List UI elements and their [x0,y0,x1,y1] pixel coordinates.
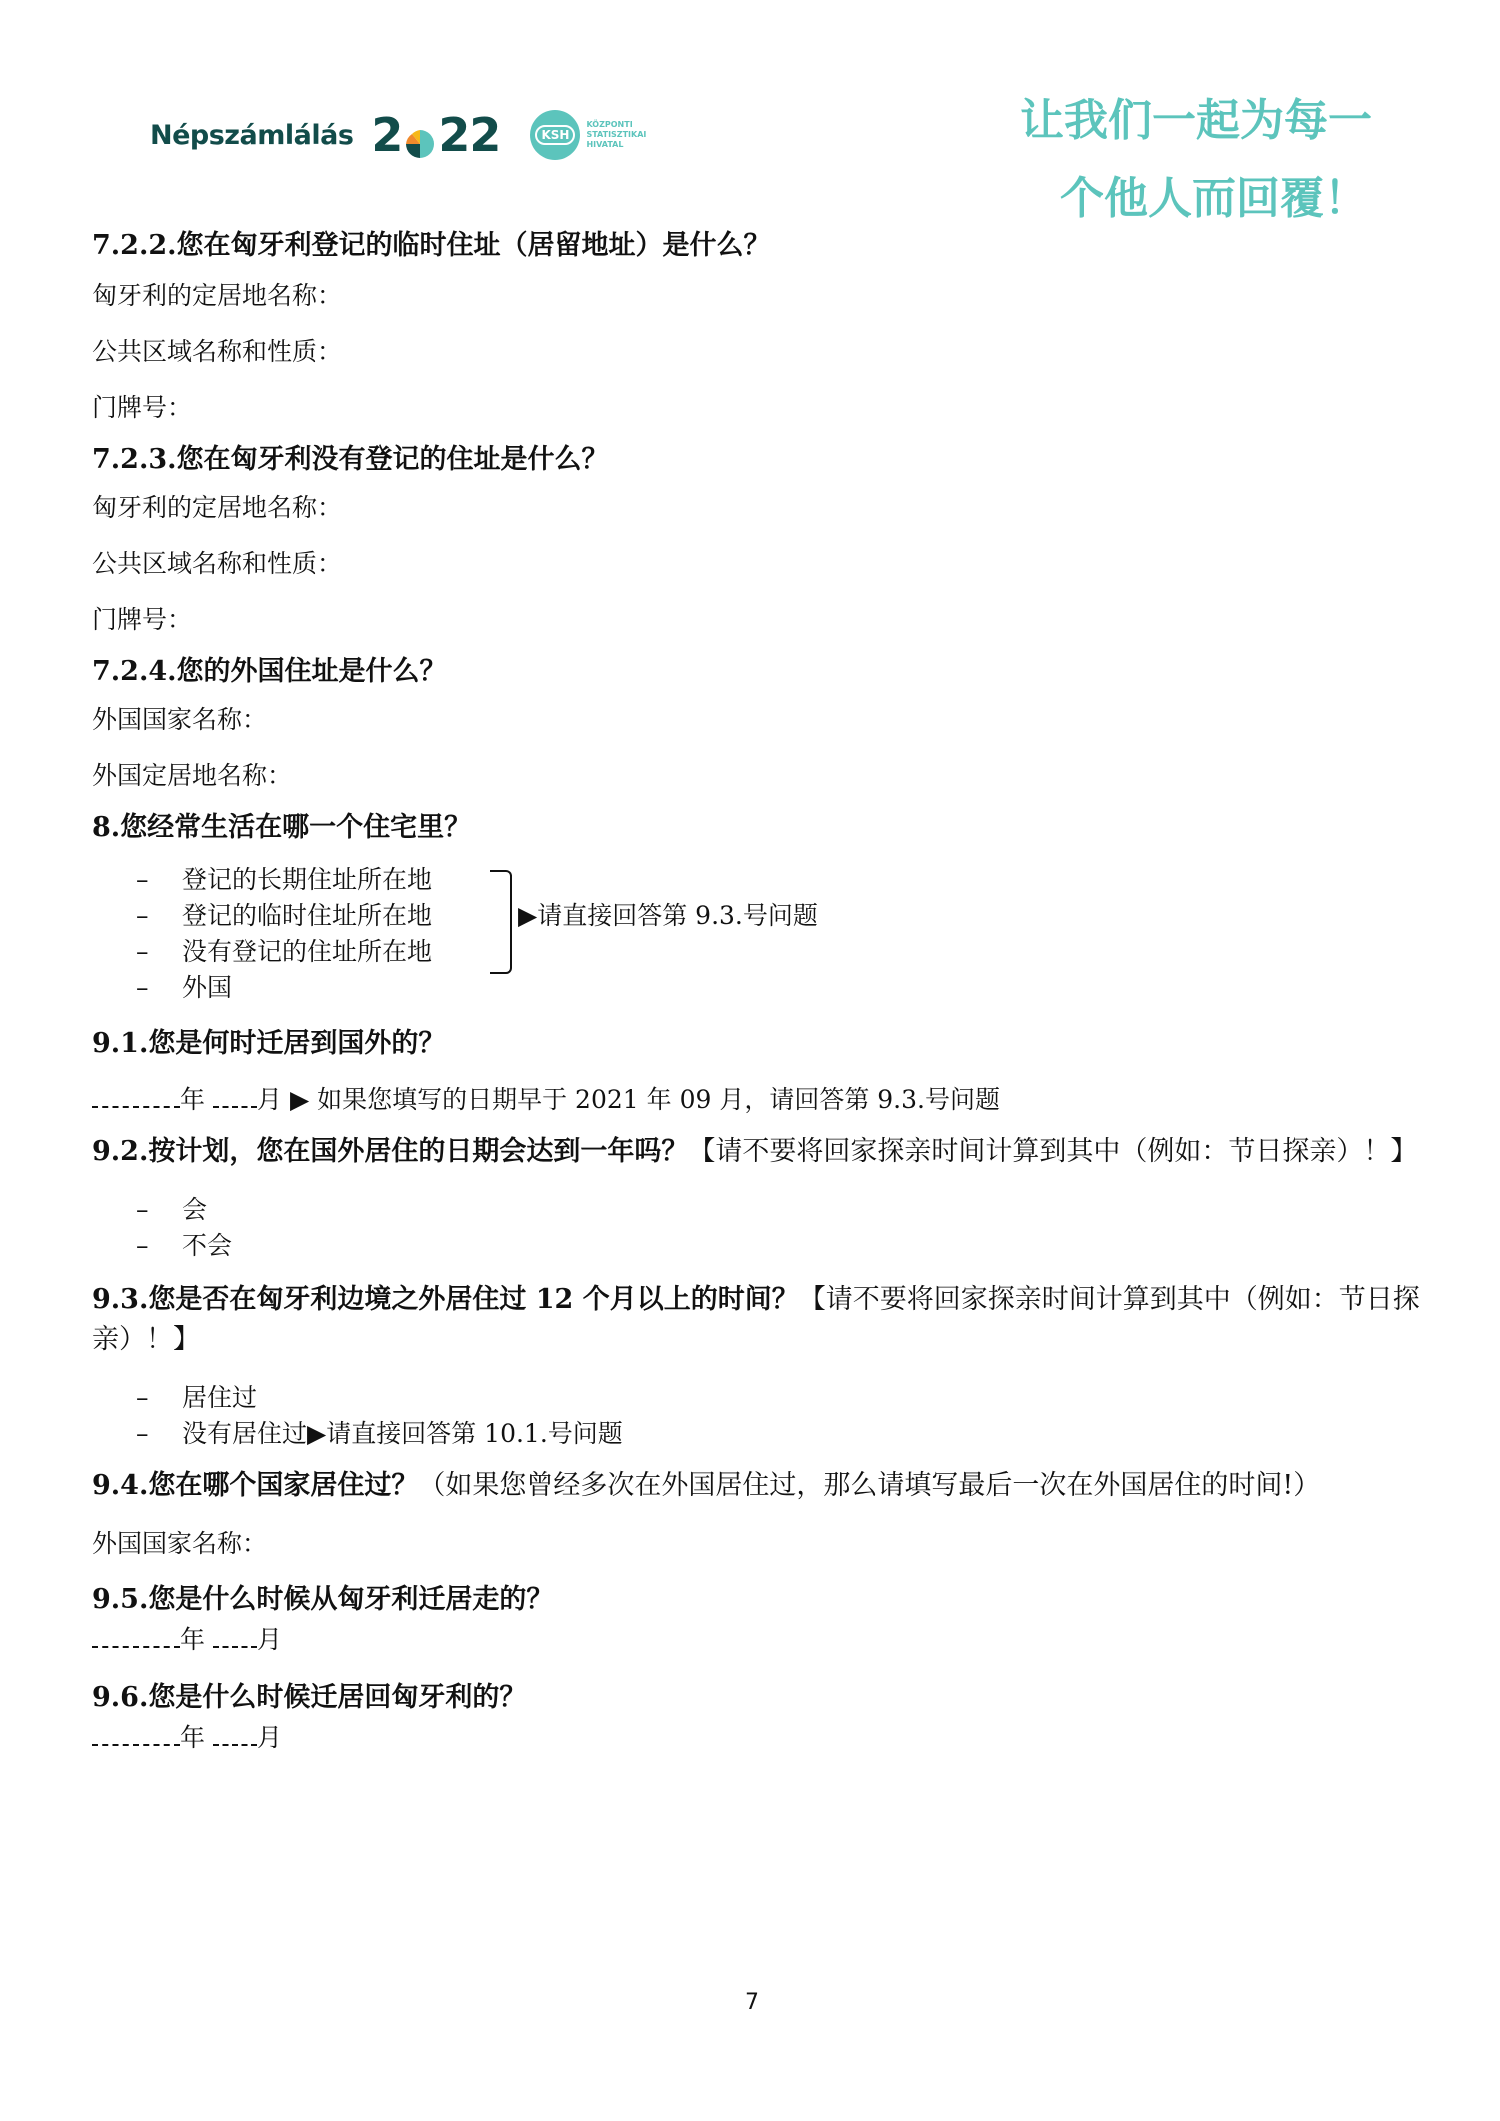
option-item[interactable]: –会 [92,1192,1422,1228]
question-title: 8.您经常生活在哪一个住宅里？ [92,808,1422,848]
header-logos: Népszámlálás 2 22 KSH KÖZPONTI STATISZTI… [150,105,646,165]
field-label: 匈牙利的定居地名称： [92,490,1422,526]
field-label: 匈牙利的定居地名称： [92,278,1422,314]
ksh-line: KÖZPONTI [586,120,646,130]
ksh-badge: KSH [535,125,575,145]
dash-bullet: – [92,1380,182,1416]
year-blank-input[interactable] [92,1626,180,1648]
option-label: 外国 [182,970,232,1006]
question-title: 9.2.按计划，您在国外居住的日期会达到一年吗？【请不要将回家探亲时间计算到其中… [92,1132,1422,1172]
year-blank-input[interactable] [92,1086,180,1108]
month-blank-input[interactable] [213,1724,257,1746]
month-label: 月 [257,1625,282,1654]
date-input-row: 年 月 [92,1622,1422,1658]
dash-bullet: – [92,970,182,1006]
option-item[interactable]: –没有登记的住址所在地 [92,934,1422,970]
right-brace-icon [490,870,512,974]
option-item[interactable]: –登记的长期住址所在地 [92,862,1422,898]
month-label: 月 [257,1723,282,1752]
dash-bullet: – [92,1416,182,1452]
question-title: 9.4.您在哪个国家居住过？（如果您曾经多次在外国居住过，那么请填写最后一次在外… [92,1466,1422,1506]
month-blank-input[interactable] [213,1626,257,1648]
field-label: 公共区域名称和性质： [92,334,1422,370]
dash-bullet: – [92,898,182,934]
dash-bullet: – [92,1192,182,1228]
ksh-circle-icon: KSH [530,110,580,160]
option-label: 登记的长期住址所在地 [182,862,432,898]
option-item[interactable]: –没有居住过▶请直接回答第 10.1.号问题 [92,1416,1422,1452]
options-list: –居住过 –没有居住过▶请直接回答第 10.1.号问题 [92,1380,1422,1452]
skip-instruction: ▶ 如果您填写的日期早于 2021 年 09 月，请回答第 9.3.号问题 [290,1085,1000,1114]
slogan-line-1: 让我们一起为每一 [1020,82,1420,160]
dash-bullet: – [92,1228,182,1264]
year-digits-22: 22 [438,108,500,162]
options-list: –登记的长期住址所在地 –登记的临时住址所在地 –没有登记的住址所在地 –外国 … [92,862,1422,1006]
dash-bullet: – [92,862,182,898]
year-label: 年 [180,1723,205,1752]
field-label: 门牌号： [92,602,1422,638]
dash-bullet: – [92,934,182,970]
option-item[interactable]: –外国 [92,970,1422,1006]
option-label: 登记的临时住址所在地 [182,898,432,934]
option-label: 没有登记的住址所在地 [182,934,432,970]
question-title: 9.1.您是何时迁居到国外的？ [92,1024,1422,1064]
month-blank-input[interactable] [213,1086,257,1108]
questionnaire-content: 7.2.2.您在匈牙利登记的临时住址（居留地址）是什么？ 匈牙利的定居地名称： … [92,226,1422,1756]
question-title: 9.5.您是什么时候从匈牙利迁居走的？ [92,1580,1422,1620]
field-label: 外国国家名称： [92,702,1422,738]
date-input-row: 年 月 [92,1720,1422,1756]
option-item[interactable]: –居住过 [92,1380,1422,1416]
ksh-line: HIVATAL [586,140,646,150]
year-label: 年 [180,1085,205,1114]
ksh-line: STATISZTIKAI [586,130,646,140]
year-digit-2: 2 [371,108,402,162]
option-item[interactable]: –不会 [92,1228,1422,1264]
year-blank-input[interactable] [92,1724,180,1746]
field-label: 外国定居地名称： [92,758,1422,794]
ksh-logo: KSH KÖZPONTI STATISZTIKAI HIVATAL [530,110,646,160]
option-label: 会 [182,1192,207,1228]
question-text: 9.4.您在哪个国家居住过？ [92,1470,418,1501]
page-number: 7 [745,1990,759,2015]
year-label: 年 [180,1625,205,1654]
census-year-logo: 2 22 [371,108,500,162]
pie-zero-icon [403,118,437,152]
question-title: 7.2.2.您在匈牙利登记的临时住址（居留地址）是什么？ [92,226,1422,266]
options-list: –会 –不会 [92,1192,1422,1264]
question-title: 9.3.您是否在匈牙利边境之外居住过 12 个月以上的时间？【请不要将回家探亲时… [92,1280,1422,1360]
date-input-row: 年 月 ▶ 如果您填写的日期早于 2021 年 09 月，请回答第 9.3.号问… [92,1082,1422,1118]
census-logo-text: Népszámlálás [150,120,353,151]
skip-instruction: ▶请直接回答第 9.3.号问题 [518,898,818,934]
question-title: 9.6.您是什么时候迁居回匈牙利的？ [92,1678,1422,1718]
field-label: 外国国家名称： [92,1526,1422,1562]
month-label: 月 [257,1085,282,1114]
question-text: 9.3.您是否在匈牙利边境之外居住过 12 个月以上的时间？ [92,1284,799,1315]
question-note: （如果您曾经多次在外国居住过，那么请填写最后一次在外国居住的时间!） [418,1470,1320,1501]
question-text: 9.2.按计划，您在国外居住的日期会达到一年吗？ [92,1136,688,1167]
option-label: 不会 [182,1228,232,1264]
question-note: 【请不要将回家探亲时间计算到其中（例如：节日探亲）！】 [688,1136,1417,1167]
field-label: 门牌号： [92,390,1422,426]
question-title: 7.2.4.您的外国住址是什么？ [92,652,1422,692]
field-label: 公共区域名称和性质： [92,546,1422,582]
slogan: 让我们一起为每一 个他人而回覆！ [1020,82,1420,238]
option-label: 居住过 [182,1380,257,1416]
question-title: 7.2.3.您在匈牙利没有登记的住址是什么？ [92,440,1422,480]
option-label: 没有居住过▶请直接回答第 10.1.号问题 [182,1416,623,1452]
ksh-text: KÖZPONTI STATISZTIKAI HIVATAL [586,120,646,150]
